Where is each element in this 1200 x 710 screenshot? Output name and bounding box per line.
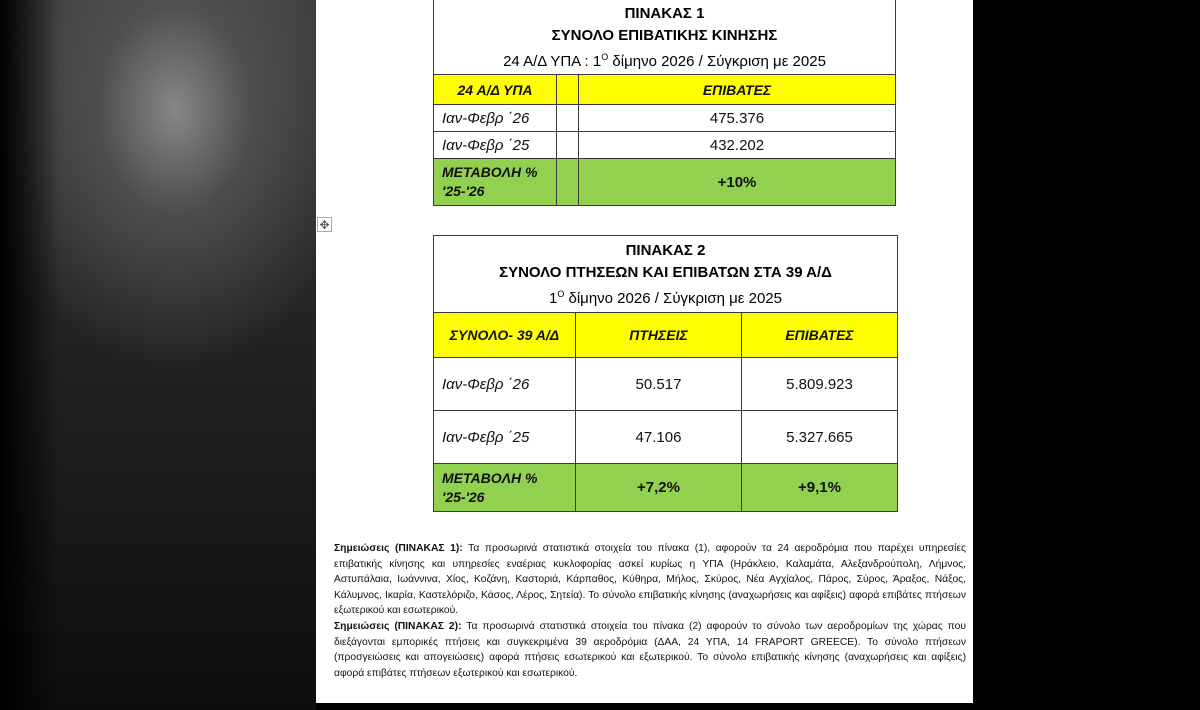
table-row: Ιαν-Φεβρ ΄25 47.106 5.327.665 [434,411,898,464]
table-1-header-row: 24 Α/Δ ΥΠΑ ΕΠΙΒΑΤΕΣ [434,75,896,105]
passengers-value: 5.327.665 [742,411,898,464]
table-1-passenger-traffic: ΠΙΝΑΚΑΣ 1 ΣΥΝΟΛΟ ΕΠΙΒΑΤΙΚΗΣ ΚΙΝΗΣΗΣ 24 Α… [433,0,896,206]
table-2-header-row: ΣΥΝΟΛΟ- 39 Α/Δ ΠΤΗΣΕΙΣ ΕΠΙΒΑΤΕΣ [434,313,898,358]
table-1-header-airports: 24 Α/Δ ΥΠΑ [434,75,557,105]
change-label: ΜΕΤΑΒΟΛΗ % '25-'26 [434,159,557,206]
passengers-change: +10% [579,159,896,206]
table-1-header-passengers: ΕΠΙΒΑΤΕΣ [579,75,896,105]
notes-section: Σημειώσεις (ΠΙΝΑΚΑΣ 1): Τα προσωρινά στα… [334,541,966,681]
move-arrows-icon: ✥ [319,219,329,231]
desktop-background [0,0,316,710]
table-2-header-passengers: ΕΠΙΒΑΤΕΣ [742,313,898,358]
passengers-value: 475.376 [579,105,896,132]
row-label: Ιαν-Φεβρ ΄26 [434,358,576,411]
row-label: Ιαν-Φεβρ ΄26 [434,105,557,132]
note-table-1: Σημειώσεις (ΠΙΝΑΚΑΣ 1): Τα προσωρινά στα… [334,541,966,619]
table-2-period: 1Ο δίμηνο 2026 / Σύγκριση με 2025 [434,284,897,309]
change-label: ΜΕΤΑΒΟΛΗ % '25-'26 [434,464,576,512]
table-1-title-block: ΠΙΝΑΚΑΣ 1 ΣΥΝΟΛΟ ΕΠΙΒΑΤΙΚΗΣ ΚΙΝΗΣΗΣ 24 Α… [434,0,896,75]
table-2-title: ΠΙΝΑΚΑΣ 2 [434,240,897,262]
note-1-text: Τα προσωρινά στατιστικά στοιχεία του πίν… [334,543,966,616]
table-2-header-flights: ΠΤΗΣΕΙΣ [576,313,742,358]
table-row: Ιαν-Φεβρ ΄26 50.517 5.809.923 [434,358,898,411]
table-2-header-total: ΣΥΝΟΛΟ- 39 Α/Δ [434,313,576,358]
note-2-label: Σημειώσεις (ΠΙΝΑΚΑΣ 2): [334,621,462,632]
row-label: Ιαν-Φεβρ ΄25 [434,411,576,464]
table-1-header-empty [557,75,579,105]
empty-cell [557,132,579,159]
table-2-change-row: ΜΕΤΑΒΟΛΗ % '25-'26 +7,2% +9,1% [434,464,898,512]
table-move-handle[interactable]: ✥ [317,217,332,232]
table-1-subtitle: ΣΥΝΟΛΟ ΕΠΙΒΑΤΙΚΗΣ ΚΙΝΗΣΗΣ [434,25,895,47]
passengers-value: 432.202 [579,132,896,159]
flights-value: 50.517 [576,358,742,411]
table-2-flights-and-passengers: ΠΙΝΑΚΑΣ 2 ΣΥΝΟΛΟ ΠΤΗΣΕΩΝ ΚΑΙ ΕΠΙΒΑΤΩΝ ΣΤ… [433,235,898,512]
note-table-2: Σημειώσεις (ΠΙΝΑΚΑΣ 2): Τα προσωρινά στα… [334,619,966,681]
empty-cell [557,159,579,206]
empty-cell [557,105,579,132]
flights-change: +7,2% [576,464,742,512]
table-1-period: 24 Α/Δ ΥΠΑ : 1Ο δίμηνο 2026 / Σύγκριση μ… [434,47,895,72]
table-row: Ιαν-Φεβρ ΄25 432.202 [434,132,896,159]
table-2-title-block: ΠΙΝΑΚΑΣ 2 ΣΥΝΟΛΟ ΠΤΗΣΕΩΝ ΚΑΙ ΕΠΙΒΑΤΩΝ ΣΤ… [434,236,898,313]
table-1-title: ΠΙΝΑΚΑΣ 1 [434,3,895,25]
table-2-subtitle: ΣΥΝΟΛΟ ΠΤΗΣΕΩΝ ΚΑΙ ΕΠΙΒΑΤΩΝ ΣΤΑ 39 Α/Δ [434,262,897,284]
table-row: Ιαν-Φεβρ ΄26 475.376 [434,105,896,132]
table-1-change-row: ΜΕΤΑΒΟΛΗ % '25-'26 +10% [434,159,896,206]
passengers-value: 5.809.923 [742,358,898,411]
flights-value: 47.106 [576,411,742,464]
note-1-label: Σημειώσεις (ΠΙΝΑΚΑΣ 1): [334,543,463,554]
passengers-change: +9,1% [742,464,898,512]
row-label: Ιαν-Φεβρ ΄25 [434,132,557,159]
